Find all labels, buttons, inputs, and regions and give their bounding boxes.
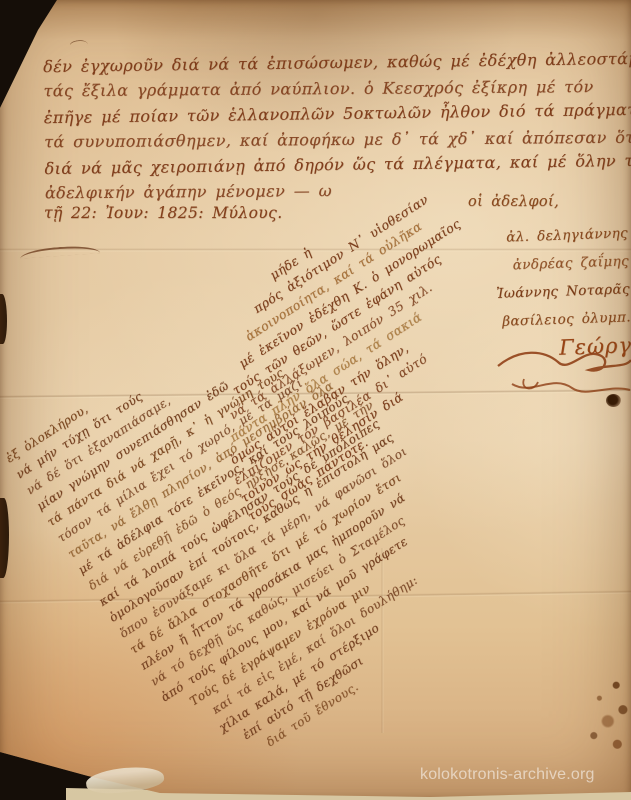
date-line: τῇ 22: Ἰουν: 1825: Μύλους. [44, 204, 283, 222]
stain-speckles [577, 678, 631, 750]
closing-salutation: οἱ ἀδελφοί, [468, 194, 559, 210]
site-watermark: kolokotronis-archive.org [420, 766, 595, 784]
letter-body-block: δέν ἐγχωροῦν διά νά τά ἐπισώσωμεν, καθώς… [43, 46, 631, 208]
manuscript-photo: δέν ἐγχωροῦν διά νά τά ἐπισώσωμεν, καθώς… [0, 0, 631, 800]
ink-stain [606, 394, 621, 407]
